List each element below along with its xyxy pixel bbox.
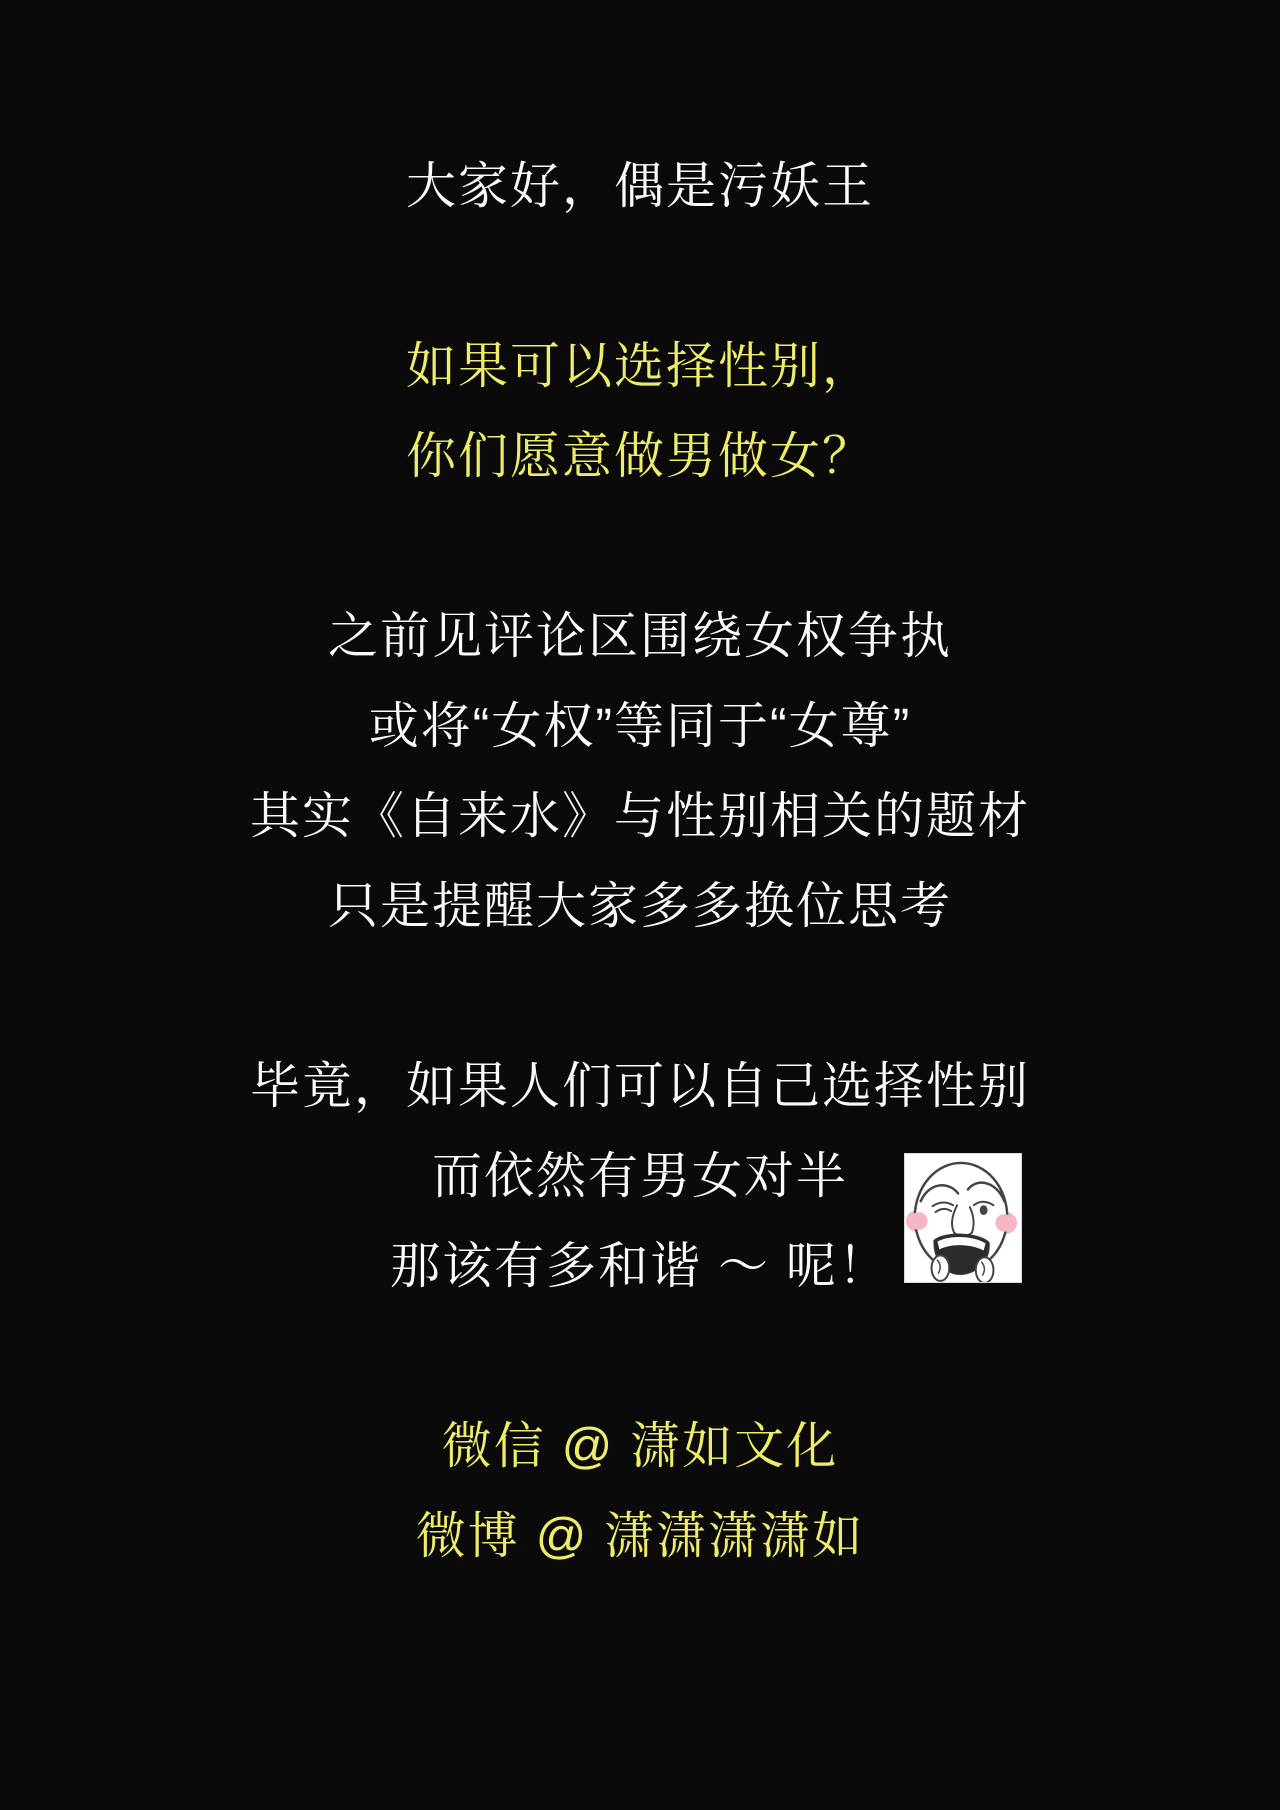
- paragraph2-line-2: 而依然有男女对半: [0, 1127, 1280, 1217]
- footer-weibo-line: 微博 @ 潇潇潇潇如: [0, 1487, 1280, 1577]
- paragraph2-line-3: 那该有多和谐 ～ 呢！: [0, 1217, 1280, 1307]
- question-line-2: 你们愿意做男做女？: [0, 407, 1280, 497]
- paragraph1-line-3: 其实《自来水》与性别相关的题材: [0, 767, 1280, 857]
- spacer: [0, 1307, 1280, 1397]
- laughing-face-meme-image: [904, 1153, 1022, 1283]
- paragraph1-line-4: 只是提醒大家多多换位思考: [0, 857, 1280, 947]
- question-line-1: 如果可以选择性别，: [0, 317, 1280, 407]
- black-poster: 大家好，偶是污妖王 如果可以选择性别， 你们愿意做男做女？ 之前见评论区围绕女权…: [0, 0, 1280, 1810]
- spacer: [0, 227, 1280, 317]
- spacer: [0, 497, 1280, 587]
- laughing-face-icon: [905, 1154, 1021, 1282]
- footer-wechat-line: 微信 @ 潇如文化: [0, 1397, 1280, 1487]
- paragraph1-line-2: 或将“女权”等同于“女尊”: [0, 677, 1280, 767]
- spacer: [0, 947, 1280, 1037]
- greeting-line: 大家好，偶是污妖王: [0, 137, 1280, 227]
- text-column: 大家好，偶是污妖王 如果可以选择性别， 你们愿意做男做女？ 之前见评论区围绕女权…: [0, 137, 1280, 1577]
- paragraph2-line-1: 毕竟，如果人们可以自己选择性别: [0, 1037, 1280, 1127]
- paragraph1-line-1: 之前见评论区围绕女权争执: [0, 587, 1280, 677]
